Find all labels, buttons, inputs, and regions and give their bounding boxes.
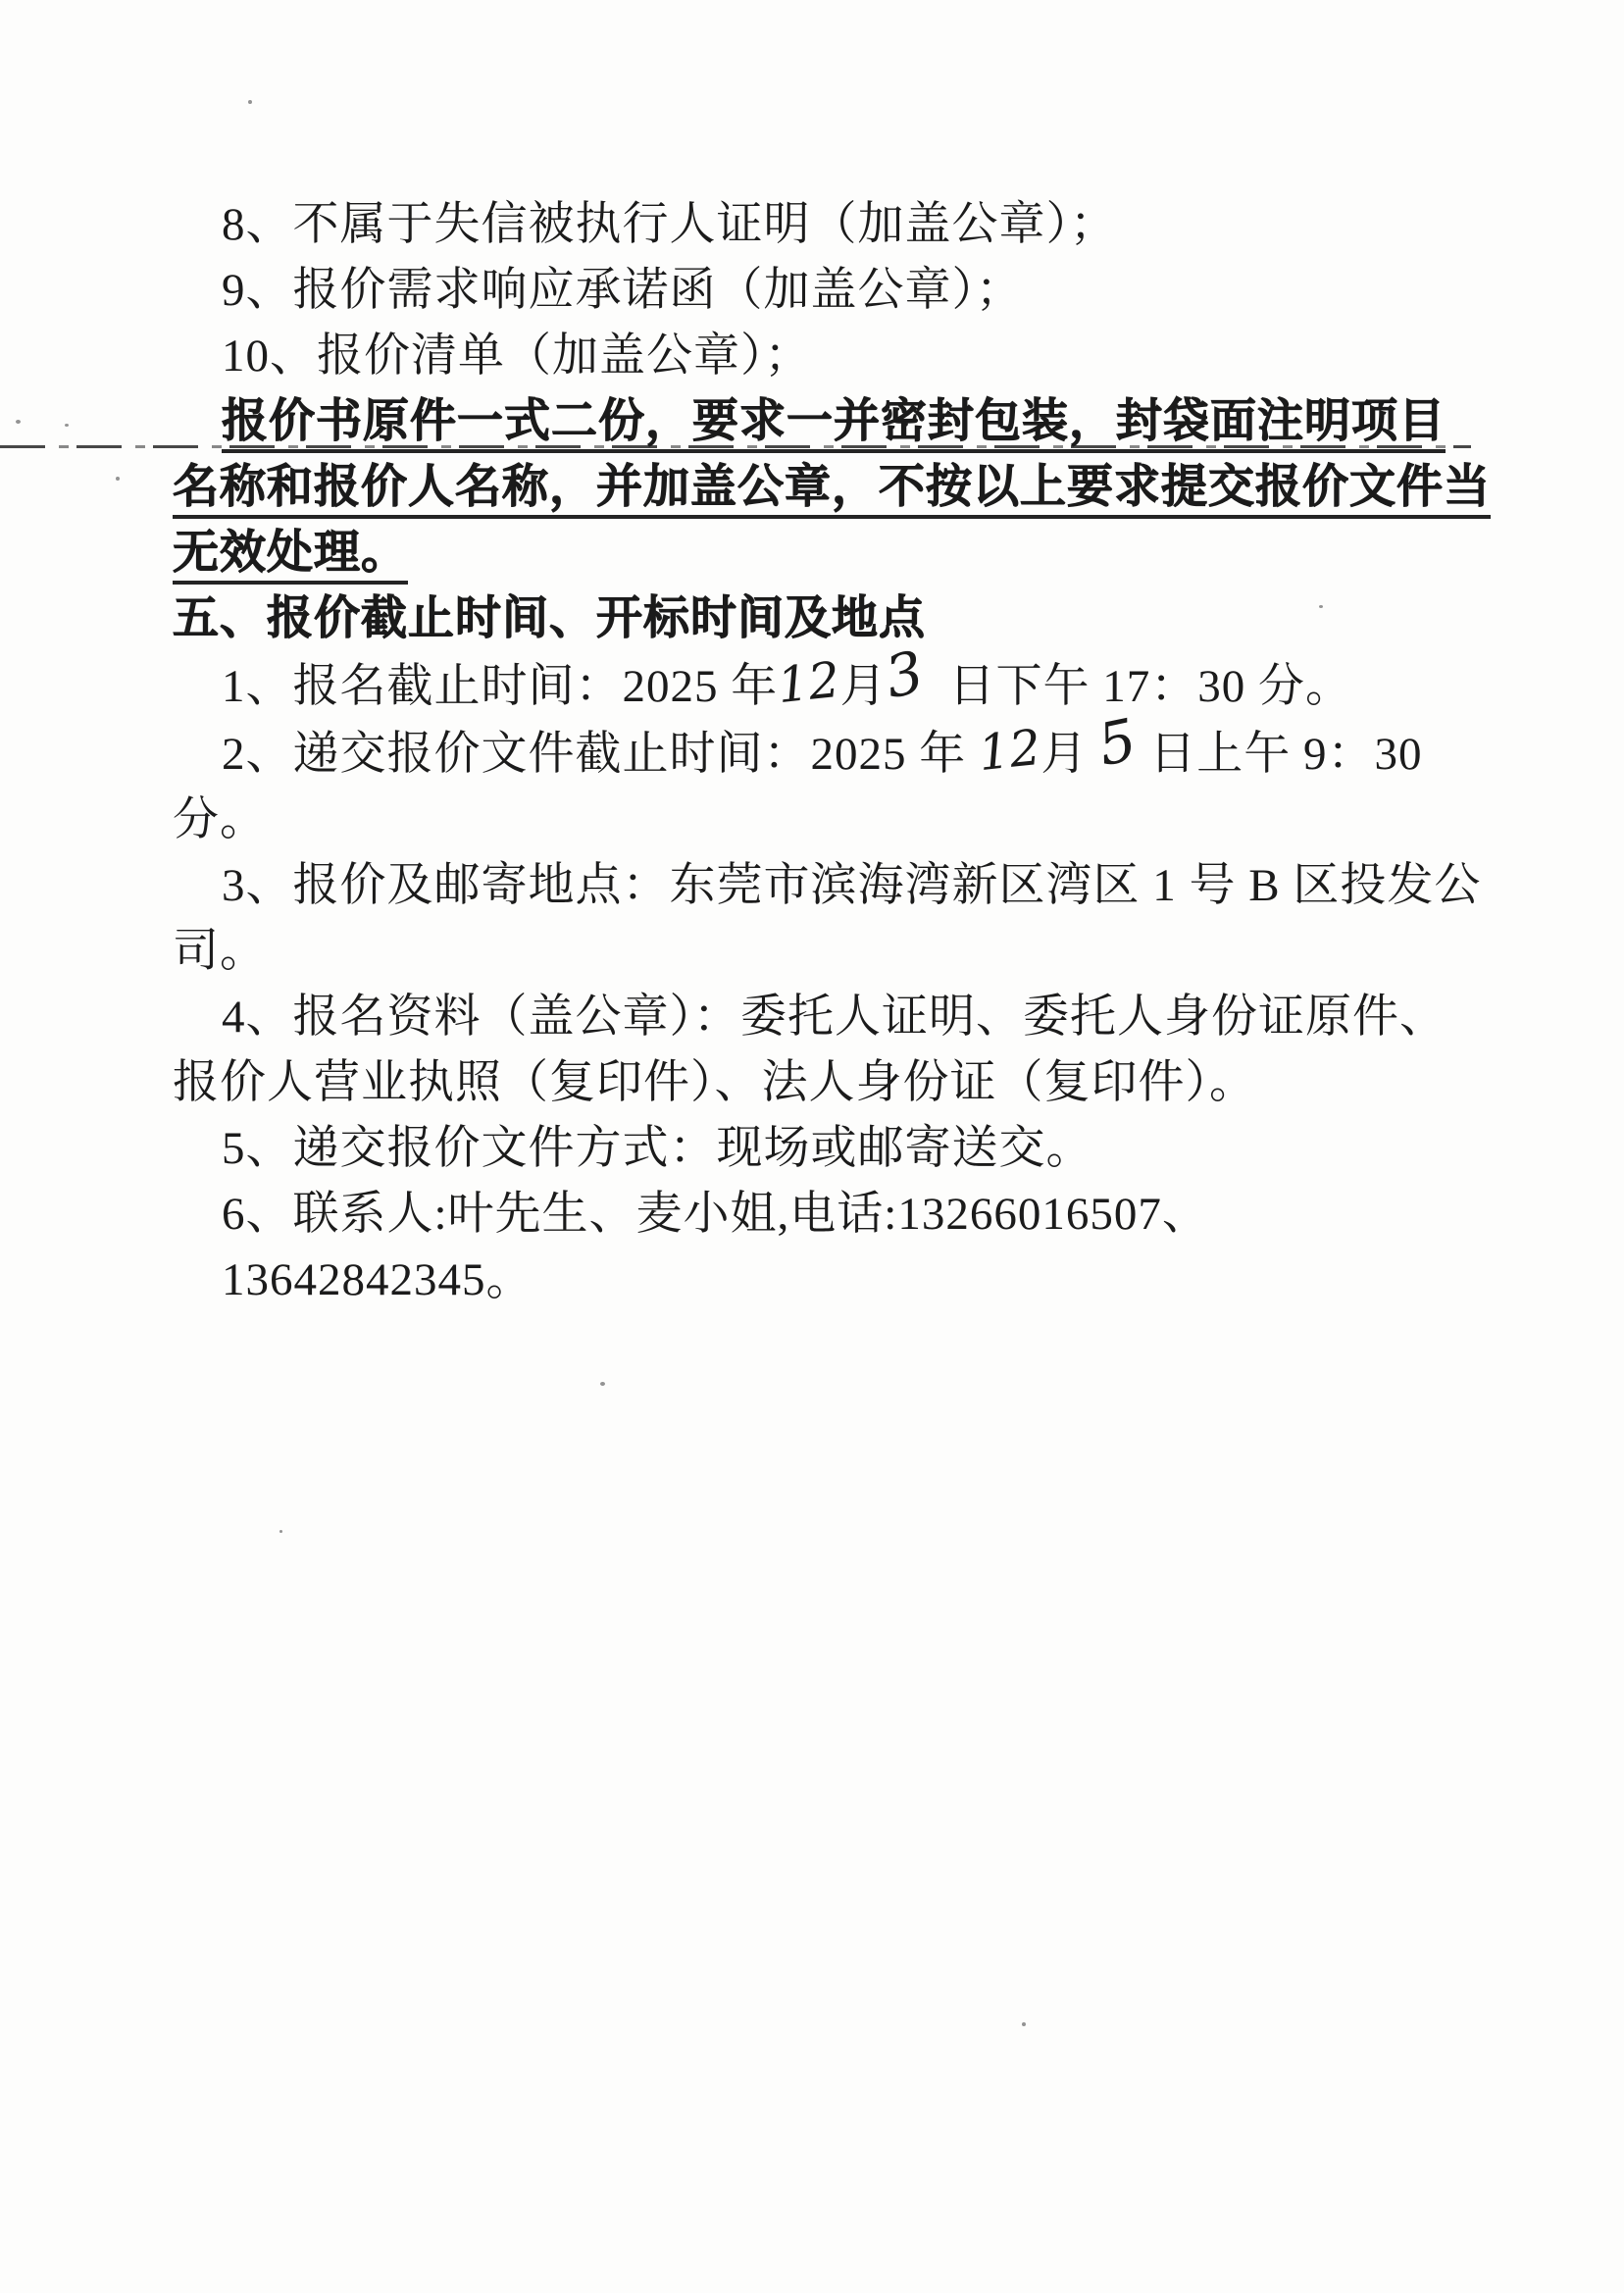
document-lines: 8、不属于失信被执行人证明（加盖公章）；9、报价需求响应承诺函（加盖公章）；10… bbox=[173, 192, 1491, 1313]
item-4-continuation: 报价人营业执照（复印件）、法人身份证（复印件）。 bbox=[173, 1050, 1491, 1116]
printed-text: 3、报价及邮寄地点：东莞市滨海湾新区湾区 1 号 B 区投发公 bbox=[222, 860, 1481, 911]
printed-text: 月 bbox=[840, 661, 888, 712]
printed-text: 日下午 17：30 分。 bbox=[924, 661, 1352, 712]
printed-text: 1、报名截止时间：2025 年 bbox=[222, 661, 778, 712]
printed-text: 五、报价截止时间、开标时间及地点 bbox=[173, 593, 926, 644]
item-4-materials: 4、报名资料（盖公章）：委托人证明、委托人身份证原件、 bbox=[173, 985, 1491, 1050]
scan-speck bbox=[16, 420, 21, 424]
item-5-delivery-method: 5、递交报价文件方式：现场或邮寄送交。 bbox=[173, 1116, 1491, 1182]
section-heading: 五、报价截止时间、开标时间及地点 bbox=[173, 586, 1491, 652]
handwritten-text: 12 bbox=[975, 715, 1043, 787]
emphasis-line-2-text: 名称和报价人名称，并加盖公章，不按以上要求提交报价文件当 bbox=[173, 462, 1491, 519]
emphasis-line-3-text: 无效处理。 bbox=[173, 528, 408, 585]
scan-speck bbox=[248, 100, 252, 104]
item-4-continuation-text: 报价人营业执照（复印件）、法人身份证（复印件）。 bbox=[173, 1057, 1256, 1108]
printed-text: 10、报价清单（加盖公章）； bbox=[222, 331, 812, 382]
list-item-8-text: 8、不属于失信被执行人证明（加盖公章）； bbox=[222, 199, 1117, 250]
printed-text: 分。 bbox=[173, 794, 267, 845]
item-3-continuation-text: 司。 bbox=[173, 926, 267, 977]
printed-text: 6、联系人:叶先生、麦小姐,电话:13266016507、13642842345… bbox=[222, 1189, 1209, 1305]
list-item-10-text: 10、报价清单（加盖公章）； bbox=[222, 331, 812, 382]
item-5-delivery-method-text: 5、递交报价文件方式：现场或邮寄送交。 bbox=[222, 1123, 1093, 1174]
item-1-signup-deadline: 1、报名截止时间：2025 年12月3 日下午 17：30 分。 bbox=[173, 652, 1491, 720]
item-2-submission-deadline-text: 2、递交报价文件截止时间：2025 年 12月 5 日上午 9：30 bbox=[222, 729, 1423, 780]
document-page: 8、不属于失信被执行人证明（加盖公章）；9、报价需求响应承诺函（加盖公章）；10… bbox=[0, 0, 1624, 2293]
list-item-9-text: 9、报价需求响应承诺函（加盖公章）； bbox=[222, 265, 1023, 316]
printed-text: 报价人营业执照（复印件）、法人身份证（复印件）。 bbox=[173, 1057, 1256, 1108]
section-heading-text: 五、报价截止时间、开标时间及地点 bbox=[173, 593, 926, 644]
handwritten-text: 5 bbox=[1099, 739, 1136, 746]
printed-text: 月 bbox=[1040, 729, 1100, 780]
item-6-contacts: 6、联系人:叶先生、麦小姐,电话:13266016507、13642842345… bbox=[173, 1182, 1491, 1313]
printed-text: 4、报名资料（盖公章）：委托人证明、委托人身份证原件、 bbox=[222, 992, 1446, 1043]
item-3-continuation: 司。 bbox=[173, 919, 1491, 985]
scan-speck bbox=[600, 1382, 605, 1386]
printed-text: 2、递交报价文件截止时间：2025 年 bbox=[222, 729, 979, 780]
scan-speck bbox=[65, 424, 69, 427]
list-item-8: 8、不属于失信被执行人证明（加盖公章）； bbox=[173, 192, 1491, 258]
item-2-continuation-text: 分。 bbox=[173, 794, 267, 845]
printed-text: 日上午 9：30 bbox=[1138, 729, 1423, 780]
item-6-contacts-text: 6、联系人:叶先生、麦小姐,电话:13266016507、13642842345… bbox=[222, 1189, 1209, 1305]
printed-text: 5、递交报价文件方式：现场或邮寄送交。 bbox=[222, 1123, 1093, 1174]
printed-text: 司。 bbox=[173, 926, 267, 977]
printed-text: 无效处理。 bbox=[173, 528, 408, 579]
printed-text: 9、报价需求响应承诺函（加盖公章）； bbox=[222, 265, 1023, 316]
emphasis-line-1: 报价书原件一式二份，要求一并密封包装，封袋面注明项目 bbox=[173, 389, 1491, 455]
list-item-10: 10、报价清单（加盖公章）； bbox=[173, 324, 1491, 389]
scan-speck bbox=[1022, 2022, 1026, 2026]
handwritten-text: 12 bbox=[775, 647, 843, 719]
scan-speck bbox=[116, 477, 120, 481]
item-4-materials-text: 4、报名资料（盖公章）：委托人证明、委托人身份证原件、 bbox=[222, 992, 1446, 1043]
emphasis-line-3: 无效处理。 bbox=[173, 521, 1491, 586]
list-item-9: 9、报价需求响应承诺函（加盖公章）； bbox=[173, 258, 1491, 324]
printed-text: 报价书原件一式二份，要求一并密封包装，封袋面注明项目 bbox=[222, 396, 1446, 447]
emphasis-line-1-text: 报价书原件一式二份，要求一并密封包装，封袋面注明项目 bbox=[222, 396, 1446, 453]
emphasis-line-2: 名称和报价人名称，并加盖公章，不按以上要求提交报价文件当 bbox=[173, 455, 1491, 521]
item-1-signup-deadline-text: 1、报名截止时间：2025 年12月3 日下午 17：30 分。 bbox=[222, 661, 1352, 712]
item-2-submission-deadline: 2、递交报价文件截止时间：2025 年 12月 5 日上午 9：30 bbox=[173, 720, 1491, 788]
item-3-address: 3、报价及邮寄地点：东莞市滨海湾新区湾区 1 号 B 区投发公 bbox=[173, 853, 1491, 919]
item-3-address-text: 3、报价及邮寄地点：东莞市滨海湾新区湾区 1 号 B 区投发公 bbox=[222, 860, 1481, 911]
item-2-continuation: 分。 bbox=[173, 788, 1491, 853]
handwritten-text: 3 bbox=[887, 671, 923, 679]
scan-speck bbox=[279, 1530, 282, 1533]
printed-text: 名称和报价人名称，并加盖公章，不按以上要求提交报价文件当 bbox=[173, 462, 1491, 513]
printed-text: 8、不属于失信被执行人证明（加盖公章）； bbox=[222, 199, 1117, 250]
